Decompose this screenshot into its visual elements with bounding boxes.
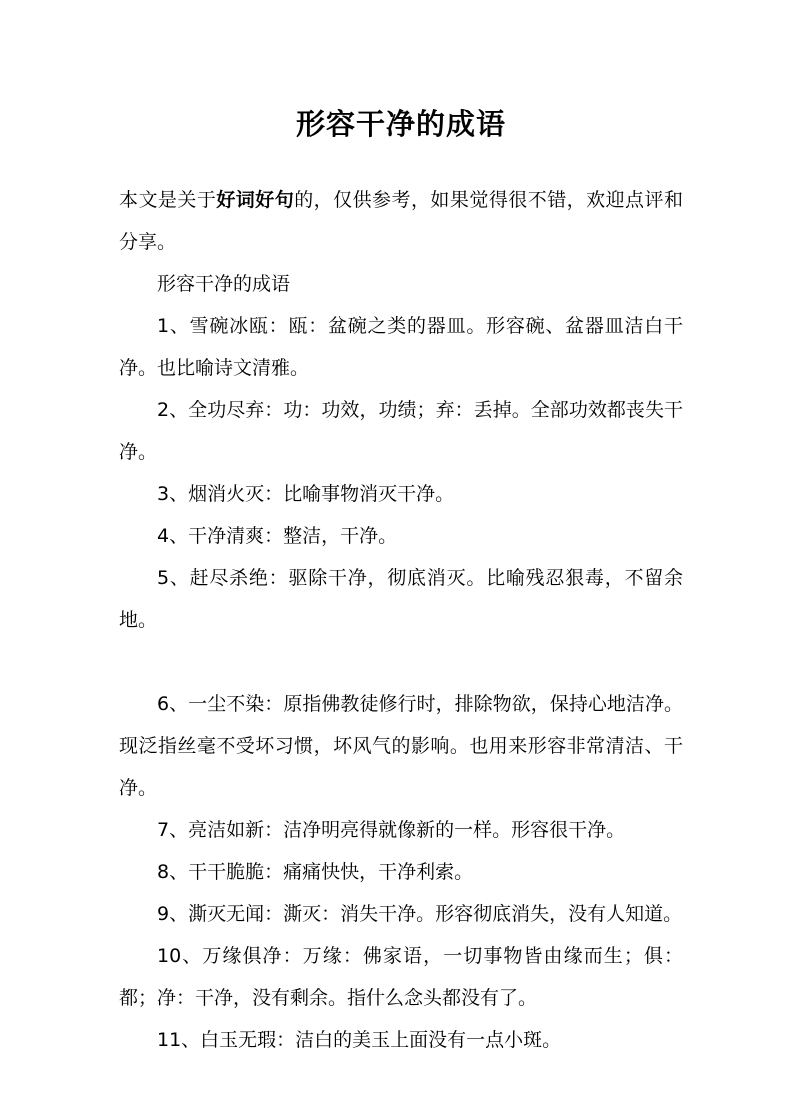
idiom-item: 10、万缘俱净：万缘：佛家语，一切事物皆由缘而生；俱：都；净：干净，没有剩余。指… xyxy=(119,935,683,1019)
idiom-item: 6、一尘不染：原指佛教徒修行时，排除物欲，保持心地洁净。现泛指丝毫不受坏习惯，坏… xyxy=(119,683,683,809)
page-title: 形容干净的成语 xyxy=(119,103,683,145)
idiom-list: 1、雪碗冰瓯：瓯：盆碗之类的器皿。形容碗、盆器皿洁白干净。也比喻诗文清雅。2、全… xyxy=(119,305,683,1061)
idiom-item: 3、烟消火灭：比喻事物消灭干净。 xyxy=(119,473,683,515)
idiom-item: 8、干干脆脆：痛痛快快，干净利索。 xyxy=(119,851,683,893)
idiom-item: 7、亮洁如新：洁净明亮得就像新的一样。形容很干净。 xyxy=(119,809,683,851)
idiom-item: 2、全功尽弃：功：功效，功绩；弃：丢掉。全部功效都丧失干净。 xyxy=(119,389,683,473)
idiom-item: 1、雪碗冰瓯：瓯：盆碗之类的器皿。形容碗、盆器皿洁白干净。也比喻诗文清雅。 xyxy=(119,305,683,389)
idiom-item: 4、干净清爽：整洁，干净。 xyxy=(119,515,683,557)
intro-paragraph: 本文是关于好词好句的，仅供参考，如果觉得很不错，欢迎点评和分享。 xyxy=(119,179,683,263)
idiom-item: 9、澌灭无闻：澌灭：消失干净。形容彻底消失，没有人知道。 xyxy=(119,893,683,935)
document-page: 形容干净的成语 本文是关于好词好句的，仅供参考，如果觉得很不错，欢迎点评和分享。… xyxy=(0,0,792,1120)
section-subtitle: 形容干净的成语 xyxy=(119,263,683,305)
intro-text-bold: 好词好句 xyxy=(216,189,294,211)
document-content: 形容干净的成语 本文是关于好词好句的，仅供参考，如果觉得很不错，欢迎点评和分享。… xyxy=(119,103,683,1061)
idiom-item: 11、白玉无瑕：洁白的美玉上面没有一点小斑。 xyxy=(119,1019,683,1061)
intro-text-prefix: 本文是关于 xyxy=(119,189,216,211)
idiom-item: 5、赶尽杀绝：驱除干净，彻底消灭。比喻残忍狠毒，不留余地。 xyxy=(119,557,683,641)
